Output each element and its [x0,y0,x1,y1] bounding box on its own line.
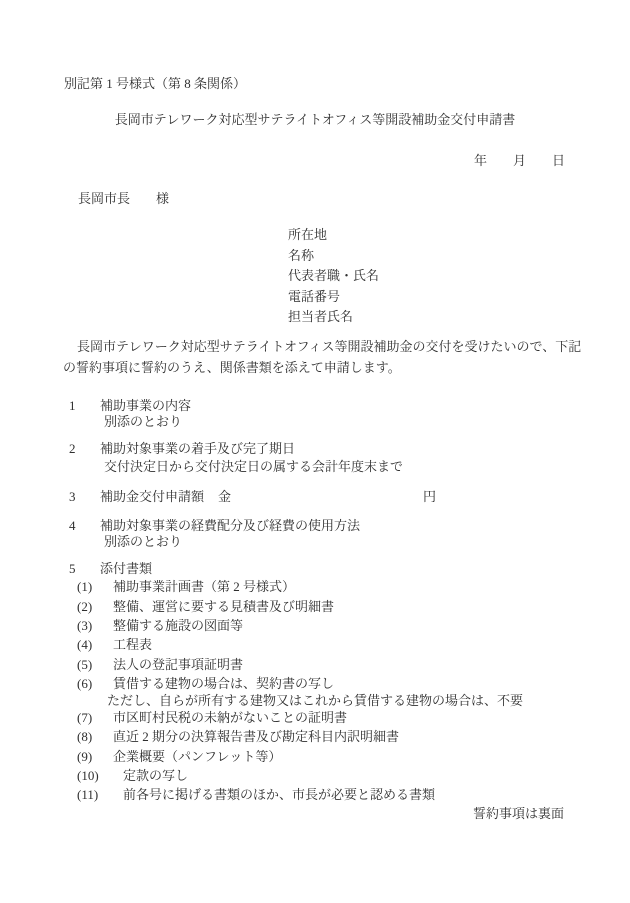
attachment-5-text: 法人の登記事項証明書 [113,657,243,672]
section-3-amount-suffix: 円 [423,489,436,504]
body-paragraph-line-1: 長岡市テレワーク対応型サテライトオフィス等開設補助金の交付を受けたいので、下記 [77,339,581,354]
section-4-number: 4 [69,518,76,533]
attachment-9-text: 企業概要（パンフレット等） [113,749,281,764]
section-2-title: 補助対象事業の着手及び完了期日 [100,441,295,456]
attachment-9-number: (9) [77,749,92,764]
section-1-title: 補助事業の内容 [100,398,191,413]
addressee-line: 長岡市長 様 [78,191,169,206]
attachment-10-text: 定款の写し [123,768,188,783]
page-title: 長岡市テレワーク対応型サテライトオフィス等開設補助金交付申請書 [0,112,630,127]
applicant-field-phone: 電話番号 [288,289,340,304]
attachment-11-number: (11) [77,787,98,802]
attachment-2-number: (2) [77,599,92,614]
attachment-4-text: 工程表 [113,637,152,652]
section-1-detail: 別添のとおり [104,414,182,429]
section-3-number: 3 [69,489,76,504]
section-3-amount-prefix: 金 [218,489,231,504]
section-5-number: 5 [69,561,76,576]
attachment-1-number: (1) [77,579,92,594]
attachment-5-number: (5) [77,657,92,672]
attachment-4-number: (4) [77,637,92,652]
attachment-7-number: (7) [77,710,92,725]
attachment-11-text: 前各号に掲げる書類のほか、市長が必要と認める書類 [123,787,435,802]
attachment-6-number: (6) [77,676,92,691]
applicant-field-name: 名称 [288,248,314,263]
footer-note: 誓約事項は裏面 [473,806,564,821]
section-2-number: 2 [69,441,76,456]
applicant-field-representative: 代表者職・氏名 [288,268,379,283]
attachment-8-number: (8) [77,729,92,744]
attachment-3-number: (3) [77,618,92,633]
attachment-3-text: 整備する施設の図面等 [113,618,243,633]
section-4-title: 補助対象事業の経費配分及び経費の使用方法 [100,518,360,533]
applicant-field-contact-person: 担当者氏名 [288,309,353,324]
date-line: 年 月 日 [474,153,565,168]
applicant-field-location: 所在地 [288,227,327,242]
attachment-8-text: 直近 2 期分の決算報告書及び勘定科目内訳明細書 [113,729,399,744]
section-3-title: 補助金交付申請額 [100,489,204,504]
section-2-detail: 交付決定日から交付決定日の属する会計年度末まで [104,459,403,474]
body-paragraph-line-2: の誓約事項に誓約のうえ、関係書類を添えて申請します。 [63,360,401,375]
form-number-line: 別記第 1 号様式（第 8 条関係） [64,76,246,91]
attachment-6-note: ただし、自らが所有する建物又はこれから賃借する建物の場合は、不要 [107,693,523,708]
attachment-2-text: 整備、運営に要する見積書及び明細書 [113,599,334,614]
section-4-detail: 別添のとおり [104,534,182,549]
attachment-6-text: 賃借する建物の場合は、契約書の写し [113,676,334,691]
attachment-10-number: (10) [77,768,99,783]
attachment-1-text: 補助事業計画書（第 2 号様式） [113,579,295,594]
section-5-title: 添付書類 [100,561,152,576]
attachment-7-text: 市区町村民税の未納がないことの証明書 [113,710,347,725]
section-1-number: 1 [69,398,76,413]
application-form-page: 別記第 1 号様式（第 8 条関係） 長岡市テレワーク対応型サテライトオフィス等… [0,0,630,903]
